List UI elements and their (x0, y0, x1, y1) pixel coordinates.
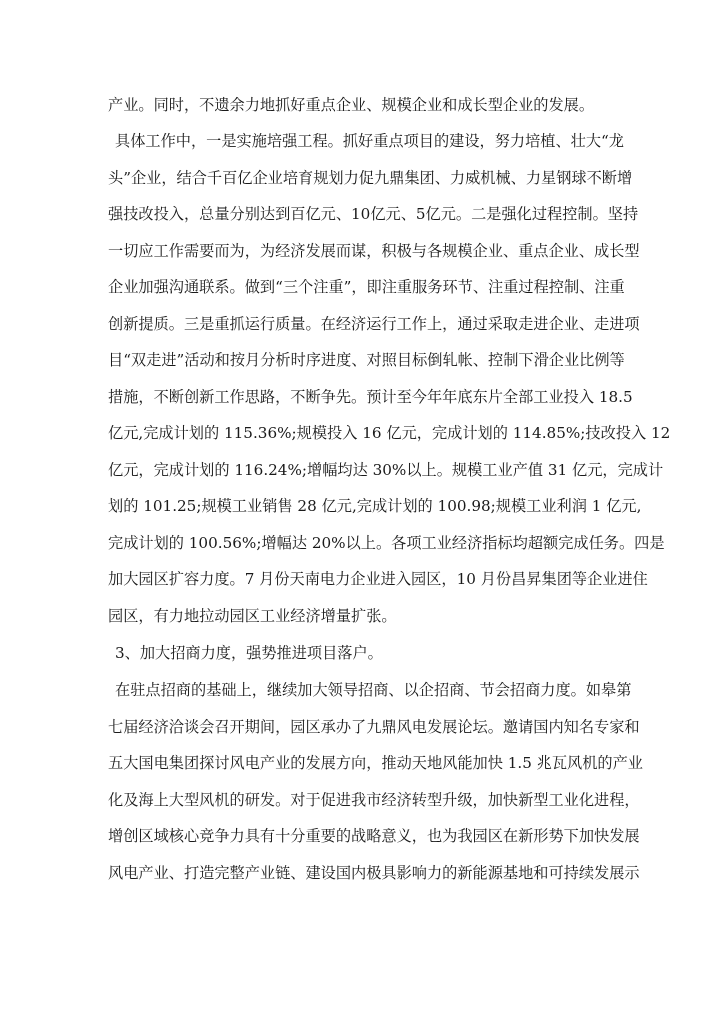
text-line: 一切应工作需要而为，为经济发展而谋，积极与各规模企业、重点企业、成长型 (108, 240, 613, 262)
text-line: 七届经济洽谈会召开期间，园区承办了九鼎风电发展论坛。邀请国内知名专家和 (108, 716, 613, 738)
text-line: 亿元,完成计划的 115.36%;规模投入 16 亿元，完成计划的 114.85… (108, 422, 613, 444)
text-line: 具体工作中，一是实施培强工程。抓好重点项目的建设，努力培植、壮大“龙 (115, 130, 613, 152)
text-line: 五大国电集团探讨风电产业的发展方向，推动天地风能加快 1.5 兆瓦风机的产业 (108, 752, 613, 774)
text-line: 目“双走进”活动和按月分析时序进度、对照目标倒轧帐、控制下滑企业比例等 (108, 349, 613, 371)
text-line: 企业加强沟通联系。做到“三个注重”，即注重服务环节、注重过程控制、注重 (108, 276, 613, 298)
text-line: 头”企业，结合千百亿企业培育规划力促九鼎集团、力威机械、力星钢球不断增 (108, 167, 613, 189)
text-line: 风电产业、打造完整产业链、建设国内极具影响力的新能源基地和可持续发展示 (108, 862, 613, 884)
text-line: 产业。同时，不遗余力地抓好重点企业、规模企业和成长型企业的发展。 (108, 94, 613, 116)
text-line: 划的 101.25;规模工业销售 28 亿元,完成计划的 100.98;规模工业… (108, 495, 613, 517)
text-line: 亿元，完成计划的 116.24%;增幅均达 30%以上。规模工业产值 31 亿元… (108, 459, 613, 481)
document-page: 产业。同时，不遗余力地抓好重点企业、规模企业和成长型企业的发展。具体工作中，一是… (0, 0, 721, 1020)
text-line: 创新提质。三是重抓运行质量。在经济运行工作上，通过采取走进企业、走进项 (108, 313, 613, 335)
text-line: 增创区域核心竞争力具有十分重要的战略意义，也为我园区在新形势下加快发展 (108, 825, 613, 847)
text-line: 强技改投入，总量分别达到百亿元、10亿元、5亿元。二是强化过程控制。坚持 (108, 203, 613, 225)
text-line: 加大园区扩容力度。7 月份天南电力企业进入园区，10 月份昌昇集团等企业进住 (108, 568, 613, 590)
text-line: 园区，有力地拉动园区工业经济增量扩张。 (108, 605, 613, 627)
text-line: 在驻点招商的基础上，继续加大领导招商、以企招商、节会招商力度。如皋第 (115, 679, 613, 701)
text-line: 3、加大招商力度，强势推进项目落户。 (115, 642, 613, 664)
text-line: 措施，不断创新工作思路，不断争先。预计至今年年底东片全部工业投入 18.5 (108, 386, 613, 408)
text-line: 化及海上大型风机的研发。对于促进我市经济转型升级，加快新型工业化进程， (108, 789, 613, 811)
text-line: 完成计划的 100.56%;增幅达 20%以上。各项工业经济指标均超额完成任务。… (108, 532, 613, 554)
